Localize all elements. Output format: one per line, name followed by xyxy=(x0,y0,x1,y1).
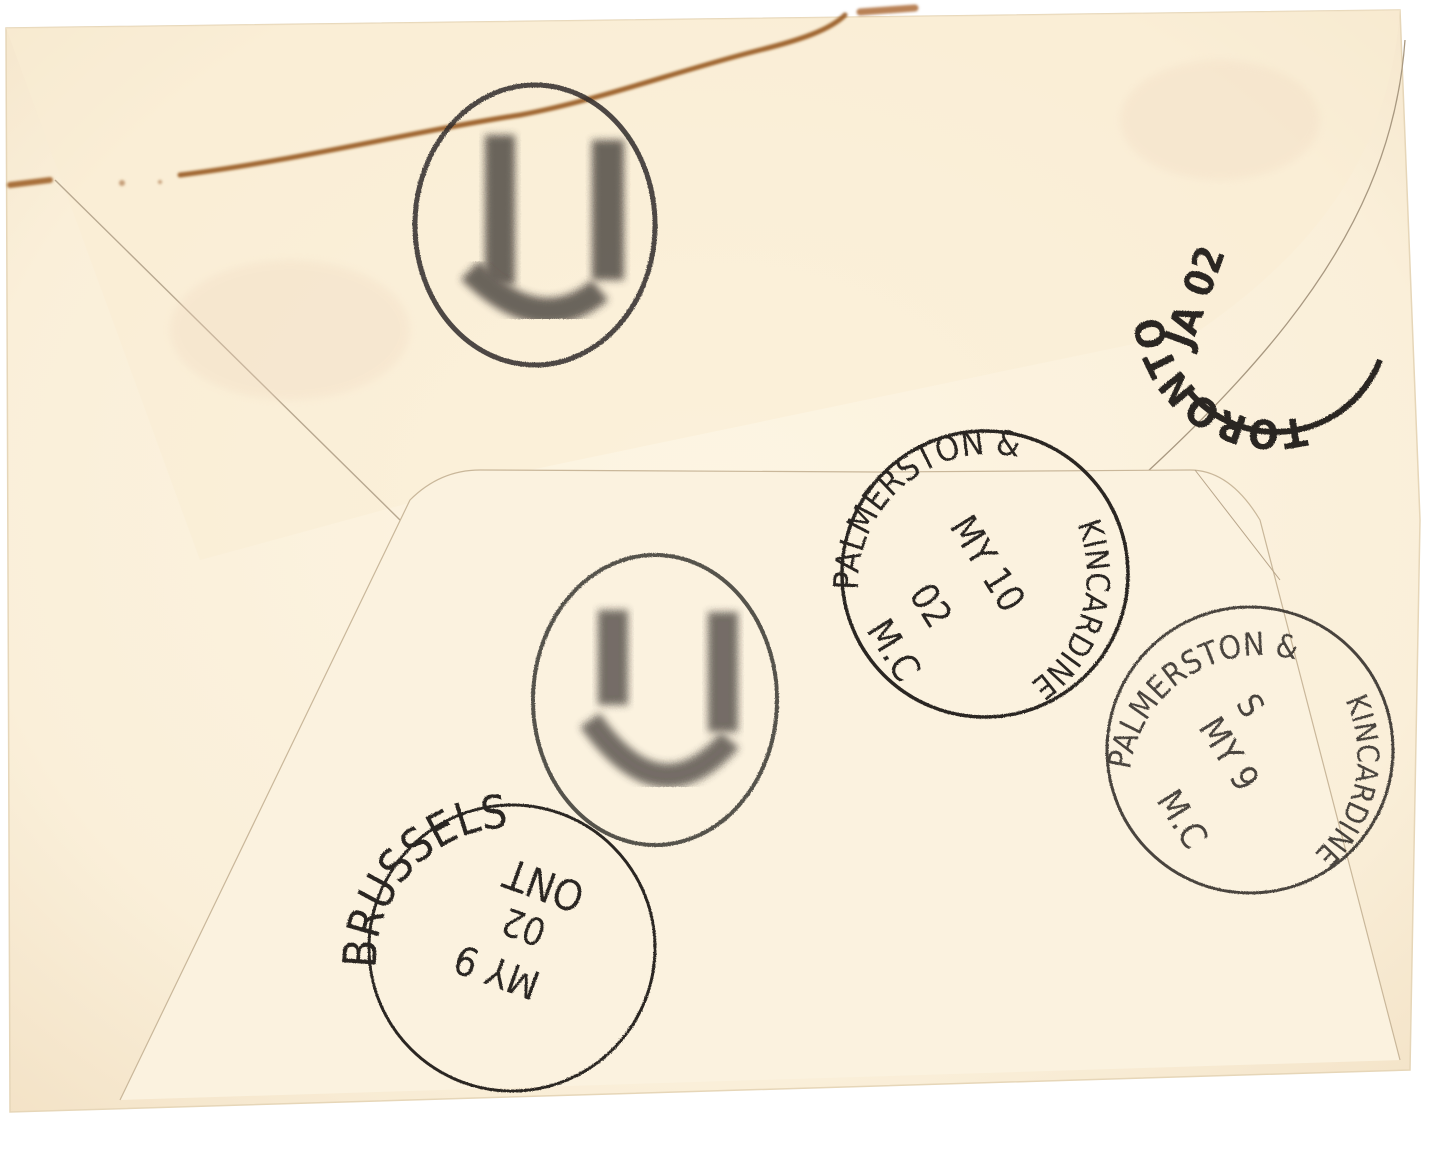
envelope-paper xyxy=(6,10,1420,1112)
envelope-back: TORONTO JA 02 PALMERSTON & KINCARDINE MY… xyxy=(0,0,1430,1152)
